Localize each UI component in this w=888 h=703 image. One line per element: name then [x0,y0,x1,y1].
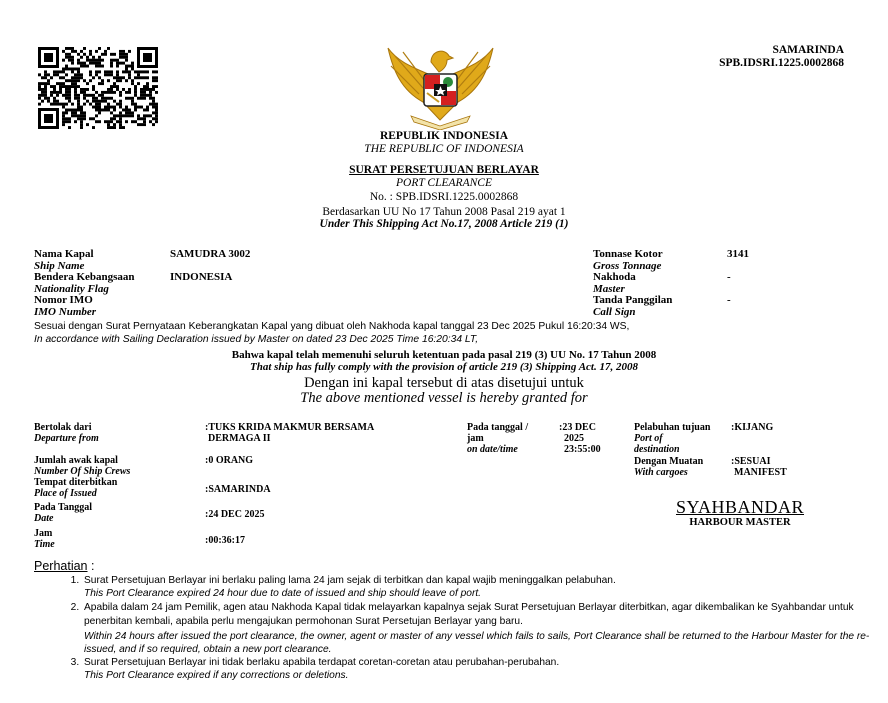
crew-value: :0 ORANG [205,455,253,466]
label-id: Bertolak dari [34,422,99,433]
field-value: SAMUDRA 3002 [170,248,250,260]
departure-date-label: Pada tanggal / jam on date/time [467,422,528,455]
label-en-2: destination [634,444,710,455]
label-en: Departure from [34,433,99,444]
note-id: Apabila dalam 24 jam Pemilik, agen atau … [84,601,874,630]
document-number: No. : SPB.IDSRI.1225.0002868 [0,191,888,204]
issue-date-value: :24 DEC 2025 [205,509,264,520]
nationality-flag-field: Bendera KebangsaanINDONESIA Nationality … [34,272,494,295]
field-label: Nomor IMO [34,295,170,307]
label-id: Dengan Muatan [634,456,703,467]
note-id: Surat Persetujuan Berlayar ini berlaku p… [84,574,874,587]
list-item: Surat Persetujuan Berlayar ini tidak ber… [82,656,874,683]
field-label: Bendera Kebangsaan [34,272,170,284]
label-en: With cargoes [634,467,703,478]
master-field: Nakhoda- Master [593,272,853,295]
garuda-emblem-icon [383,40,498,130]
label-en-1: Port of [634,433,710,444]
value-line-1: :SESUAI [731,456,787,467]
destination-value: :KIJANG [731,422,773,433]
issue-date-label: Pada Tanggal Date [34,502,92,524]
note-id: Surat Persetujuan Berlayar ini tidak ber… [84,656,874,669]
document-title: SURAT PERSETUJUAN BERLAYAR [0,164,888,177]
notes-section: Perhatian : Surat Persetujuan Berlayar i… [34,558,874,683]
compliance-id: Bahwa kapal telah memenuhi seluruh keten… [0,349,888,361]
value-line-1: :TUKS KRIDA MAKMUR BERSAMA [205,422,374,433]
document-heading: REPUBLIK INDONESIA THE REPUBLIC OF INDON… [0,130,888,231]
imo-number-field: Nomor IMO IMO Number [34,295,494,318]
doc-code: SPB.IDSRI.1225.0002868 [719,57,844,70]
value: :SAMARINDA [205,484,271,495]
signer-title: SYAHBANDAR [660,497,820,517]
value: :KIJANG [731,422,773,433]
legal-basis: Berdasarkan UU No 17 Tahun 2008 Pasal 21… [0,206,888,219]
list-item: Apabila dalam 24 jam Pemilik, agen atau … [82,601,874,657]
field-label: Tanda Panggilan [593,295,727,307]
statement-en: In accordance with Sailing Declaration i… [34,333,874,346]
field-label: Tonnase Kotor [593,249,727,261]
value-line-1: :23 DEC [559,422,601,433]
note-en: This Port Clearance expired 24 hour due … [84,587,874,600]
notes-list: Surat Persetujuan Berlayar ini berlaku p… [34,574,874,683]
qr-code-icon [38,47,158,129]
value-line-2: DERMAGA II [205,433,374,444]
notes-title: Perhatian : [34,558,874,574]
legal-basis-en: Under This Shipping Act No.17, 2008 Arti… [0,218,888,231]
time-label: Jam Time [34,528,55,550]
label-en: Time [34,539,55,550]
field-value: - [727,271,731,283]
notes-colon: : [91,559,94,573]
city-label: SAMARINDA [719,44,844,57]
field-label-en: IMO Number [34,307,494,319]
label-id: Tempat diterbitkan [34,477,117,488]
note-en: Within 24 hours after issued the port cl… [84,630,874,657]
value-line-3: 23:55:00 [559,444,601,455]
statement-id: Sesuai dengan Surat Pernyataan Keberangk… [34,320,874,333]
field-label: Nakhoda [593,272,727,284]
place-issued-label: Tempat diterbitkan Place of Issued [34,477,117,499]
departure-date-value: :23 DEC 2025 23:55:00 [559,422,601,455]
label-en: Date [34,513,92,524]
value: :00:36:17 [205,535,245,546]
list-item: Surat Persetujuan Berlayar ini berlaku p… [82,574,874,601]
value: :0 ORANG [205,455,253,466]
compliance-en: That ship has fully comply with the prov… [0,361,888,373]
departure-from-value: :TUKS KRIDA MAKMUR BERSAMA DERMAGA II [205,422,374,444]
country-name: REPUBLIK INDONESIA [0,130,888,143]
label-id: Jumlah awak kapal [34,455,130,466]
departure-from-label: Bertolak dari Departure from [34,422,99,444]
value-line-2: 2025 [559,433,601,444]
document-title-en: PORT CLEARANCE [0,177,888,190]
label-id-1: Pada tanggal / [467,422,528,433]
field-label: Nama Kapal [34,249,170,261]
label-id: Pada Tanggal [34,502,92,513]
harbour-master-signature: SYAHBANDAR HARBOUR MASTER [660,497,820,529]
ship-info-right: Tonnase Kotor3141 Gross Tonnage Nakhoda-… [593,249,853,318]
compliance-statement: Bahwa kapal telah memenuhi seluruh keten… [0,349,888,373]
label-id: Pelabuhan tujuan [634,422,710,433]
field-label-en: Nationality Flag [34,284,494,296]
note-en: This Port Clearance expired if any corre… [84,669,874,682]
field-value: 3141 [727,248,749,260]
label-en: Place of Issued [34,488,117,499]
place-issued-value: :SAMARINDA [205,484,271,495]
label-id-2: jam [467,433,528,444]
notes-title-text: Perhatian [34,559,88,573]
field-value: INDONESIA [170,271,232,283]
field-value: - [727,294,731,306]
label-id: Jam [34,528,55,539]
ship-info-left: Nama KapalSAMUDRA 3002 Ship Name Bendera… [34,249,494,318]
cargo-label: Dengan Muatan With cargoes [634,456,703,478]
header-reference: SAMARINDA SPB.IDSRI.1225.0002868 [719,44,844,70]
granted-en: The above mentioned vessel is hereby gra… [0,391,888,406]
granted-statement: Dengan ini kapal tersebut di atas disetu… [0,376,888,406]
field-label-en: Call Sign [593,307,853,319]
country-name-en: THE REPUBLIC OF INDONESIA [0,143,888,156]
value-line-2: MANIFEST [731,467,787,478]
destination-label: Pelabuhan tujuan Port of destination [634,422,710,455]
value: :24 DEC 2025 [205,509,264,520]
crew-label: Jumlah awak kapal Number Of Ship Crews [34,455,130,477]
call-sign-field: Tanda Panggilan- Call Sign [593,295,853,318]
sailing-declaration-statement: Sesuai dengan Surat Pernyataan Keberangk… [34,320,874,346]
label-en: on date/time [467,444,528,455]
granted-id: Dengan ini kapal tersebut di atas disetu… [0,376,888,391]
time-value: :00:36:17 [205,535,245,546]
signer-subtitle: HARBOUR MASTER [660,517,820,529]
ship-name-field: Nama KapalSAMUDRA 3002 Ship Name [34,249,494,272]
cargo-value: :SESUAI MANIFEST [731,456,787,478]
label-en: Number Of Ship Crews [34,466,130,477]
gross-tonnage-field: Tonnase Kotor3141 Gross Tonnage [593,249,853,272]
